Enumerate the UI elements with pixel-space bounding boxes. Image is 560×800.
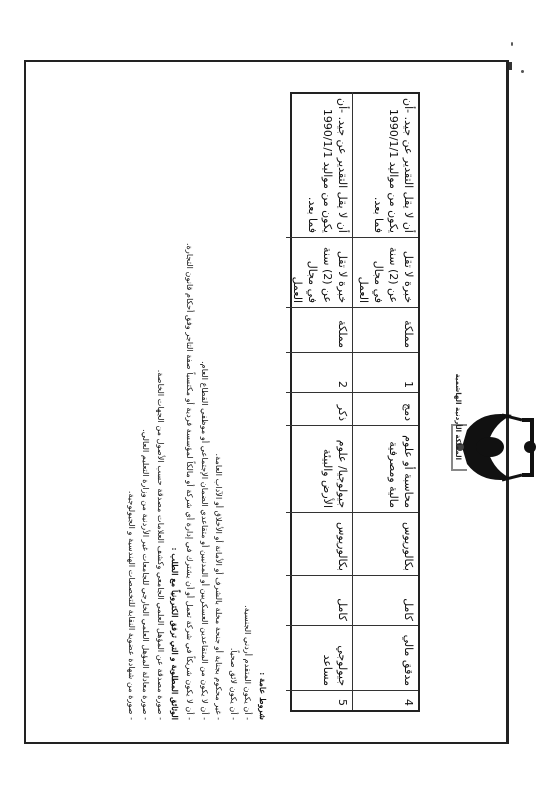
- cell-gender: ذكر: [286, 392, 351, 425]
- general-conditions-title: شروط عامة :: [255, 160, 270, 720]
- cell-gender: دمج: [352, 392, 418, 425]
- general-condition-item: - أن يكون لائق صحياً.: [226, 160, 241, 720]
- cell-major: محاسبة أو علوم مالية ومصرفية: [352, 425, 418, 512]
- cell-position: مدقق مالي: [352, 625, 418, 690]
- required-documents-title: الوثائق المطلوبة و التي ترفق الكترونياً …: [168, 160, 183, 720]
- vacancies-table: 4 مدقق مالي كامل بكالوريوس محاسبة أو علو…: [290, 92, 420, 712]
- emblem-caption: المملكة الأردنية الهاشمية: [448, 380, 462, 460]
- required-document-item: - صورة من شهادة عضوية النقابة للتخصصات ا…: [124, 160, 139, 720]
- cell-location: مملكة: [352, 307, 418, 352]
- cell-no: 4: [352, 690, 418, 710]
- general-condition-item: - غير محكوم بجناية أو جنحة مخلة بالشرف أ…: [212, 160, 227, 720]
- general-condition-item: - أن يكون المتقدم أردني الجنسية.: [241, 160, 256, 720]
- cell-position: جيولوجي مساعد: [286, 625, 351, 690]
- cell-experience: خبرة لا تقل عن (2) سنة في مجال العمل: [286, 237, 351, 307]
- cell-degree: بكالوريوس: [286, 512, 351, 575]
- cell-no: 5: [286, 690, 351, 710]
- cell-appointment-type: كامل: [286, 575, 351, 625]
- conditions-section: شروط عامة : - أن يكون المتقدم أردني الجن…: [124, 160, 270, 720]
- cell-conditions: أن لا يقل التقدير عن جيد. -أن يكون من مو…: [286, 92, 351, 237]
- cell-appointment-type: كامل: [352, 575, 418, 625]
- general-condition-item: - أن لا يكون شريكاً في شركة تعمل أو أن ي…: [182, 160, 197, 720]
- general-condition-item: - أن لا يكون من المتقاعدين العسكريين أو …: [197, 160, 212, 720]
- cell-conditions: أن لا يقل التقدير عن جيد. -أن يكون من مو…: [352, 92, 418, 237]
- cell-count: 2: [286, 352, 351, 392]
- cell-major: جيولوجيا/ علوم الأرض والبيئة: [286, 425, 351, 512]
- cell-degree: بكالوريوس: [352, 512, 418, 575]
- cell-experience: خبرة لا تقل عن (2) سنة في مجال العمل: [352, 237, 418, 307]
- cell-count: 1: [352, 352, 418, 392]
- required-document-item: - صورة مصدقة عن المؤهل العلمي الجامعي وك…: [153, 160, 168, 720]
- rotated-page: المملكة الأردنية الهاشمية 4 مدقق مالي كا…: [0, 0, 560, 800]
- required-document-item: - صورة معادلة المؤهل العلمي الخارجي للجا…: [139, 160, 154, 720]
- cell-location: مملكة: [286, 307, 351, 352]
